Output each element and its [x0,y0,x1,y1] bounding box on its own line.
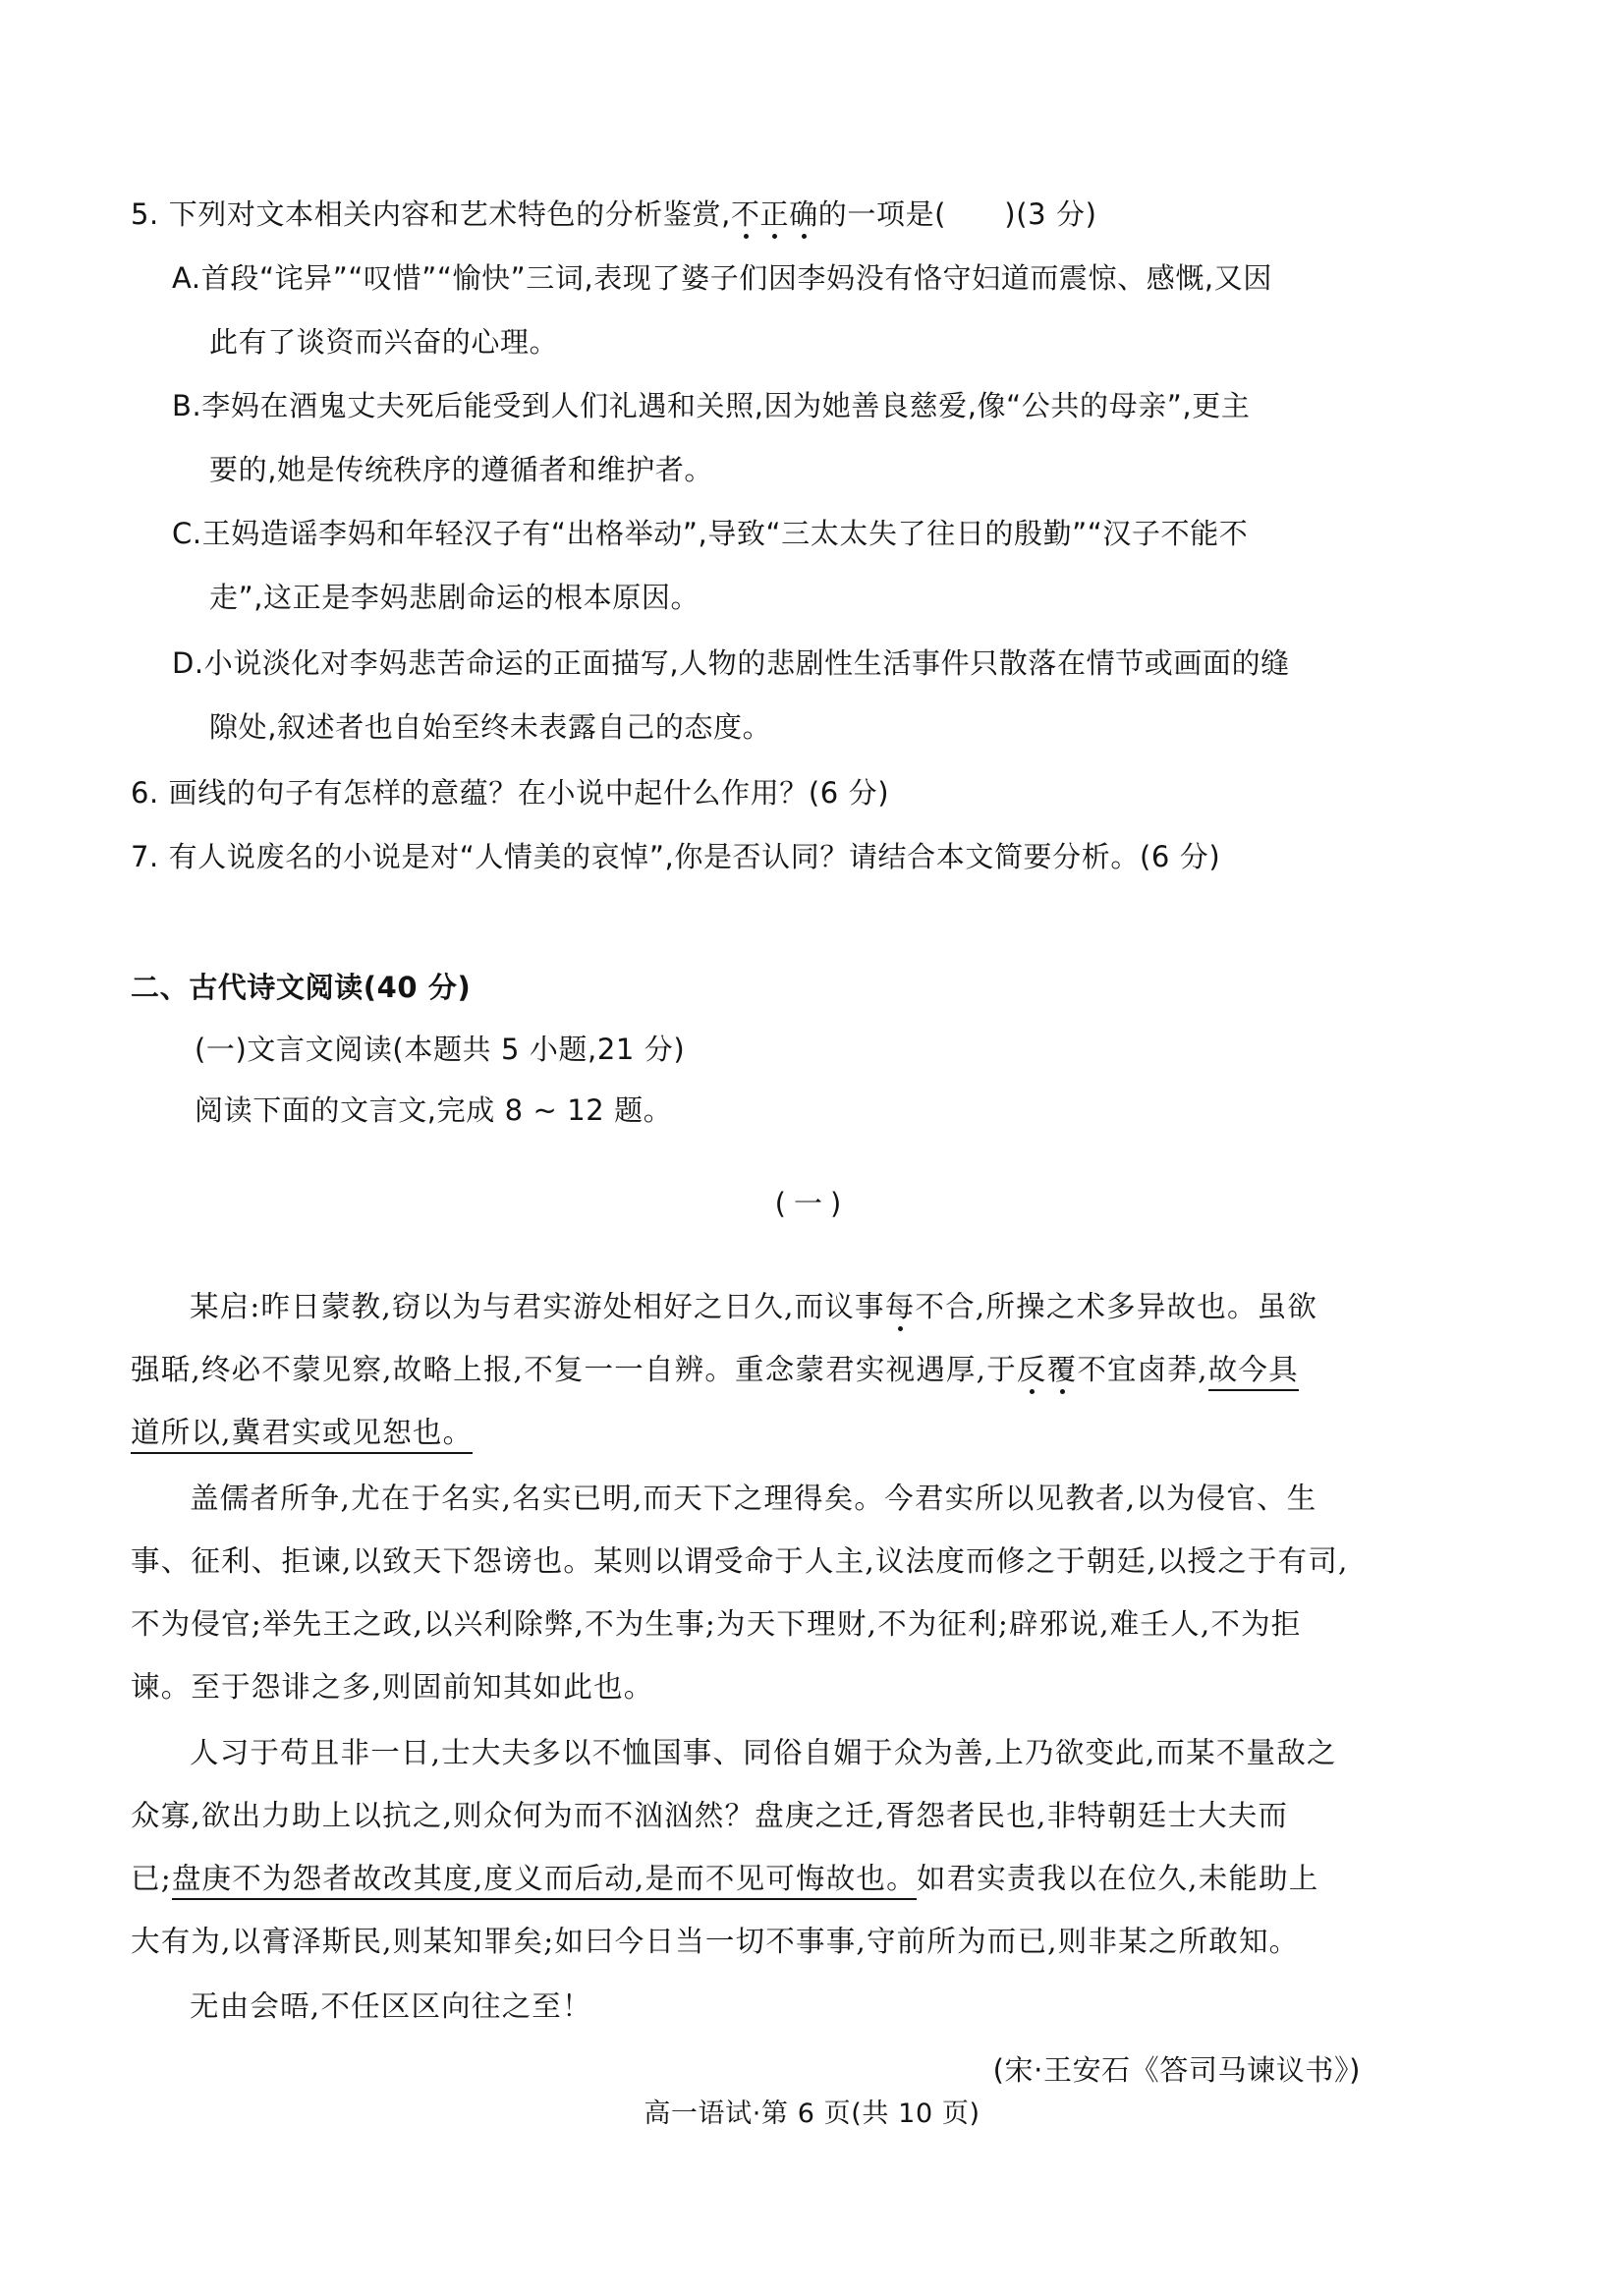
passage-p3-line2: 众寡,欲出力助上以抗之,则众何为而不汹汹然？盘庚之迁,胥怨者民也,非特朝廷士大夫… [131,1796,1288,1835]
emphasis-char: 每 [885,1290,916,1323]
passage-text: 不宜卤莽, [1077,1353,1207,1386]
passage-p2-line2: 事、征利、拒谏,以致天下怨谤也。某则以谓受命于人主,议法度而修之于朝廷,以授之于… [131,1541,1349,1581]
option-d: D.小说淡化对李妈悲苦命运的正面描写,人物的悲剧性生活事件只散落在情节或画面的缝 [172,644,1290,683]
passage-text: 某启:昨日蒙教,窃以为与君实游处相好之日久,而议事 [190,1290,885,1323]
passage-p4-line1: 无由会晤,不任区区向往之至！ [190,1987,592,2026]
question-5-stem: 5. 下列对文本相关内容和艺术特色的分析鉴赏,不正确的一项是( )(3 分) [131,195,1097,234]
section-heading: 二、古代诗文阅读(40 分) [131,968,471,1007]
passage-p2-line4: 谏。至于怨诽之多,则固前知其如此也。 [131,1667,653,1707]
option-text: 王妈造谣李妈和年轻汉子有“出格举动”,导致“三太太失了往日的殷勤”“汉子不能不 [202,517,1249,550]
option-text: 李妈在酒鬼丈夫死后能受到人们礼遇和关照,因为她善良慈爱,像“公共的母亲”,更主 [201,389,1250,422]
passage-p1-line2: 强聒,终必不蒙见察,故略上报,不复一一自辨。重念蒙君实视遇厚,于反覆不宜卤莽,故… [131,1350,1299,1389]
passage-p2-line3: 不为侵官;举先王之政,以兴利除弊,不为生事;为天下理财,不为征利;辟邪说,难壬人… [131,1604,1302,1644]
stem-text: 的一项是( )(3 分) [818,197,1097,231]
option-b: B.李妈在酒鬼丈夫死后能受到人们礼遇和关照,因为她善良慈爱,像“公共的母亲”,更… [172,386,1250,425]
option-text: 小说淡化对李妈悲苦命运的正面描写,人物的悲剧性生活事件只散落在情节或画面的缝 [204,646,1290,680]
passage-title: (一) [0,1184,1624,1223]
passage-p1-line1: 某启:昨日蒙教,窃以为与君实游处相好之日久,而议事每不合,所操之术多异故也。虽欲 [190,1287,1317,1326]
option-label: C. [172,517,202,550]
underlined-sentence: 道所以,冀君实或见恕也。 [131,1416,473,1454]
option-a-cont: 此有了谈资而兴奋的心理。 [209,322,558,362]
emphasis-char: 不 [731,197,760,231]
option-label: A. [172,261,201,295]
question-6: 6. 画线的句子有怎样的意蕴？在小说中起什么作用？(6 分) [131,773,889,812]
emphasis-char: 反 [1017,1353,1047,1386]
underlined-sentence: 盘庚不为怨者故改其度,度义而后动,是而不见可悔故也。 [172,1862,917,1900]
passage-text: 不合,所操之术多异故也。虽欲 [915,1290,1317,1323]
passage-p3-line3: 已;盘庚不为怨者故改其度,度义而后动,是而不见可悔故也。如君实责我以在位久,未能… [131,1859,1319,1898]
option-label: B. [172,389,201,422]
section-subheading: (一)文言文阅读(本题共 5 小题,21 分) [195,1030,685,1069]
underlined-sentence: 故今具 [1208,1353,1299,1391]
option-text: 首段“诧异”“叹惜”“愉快”三词,表现了婆子们因李妈没有恪守妇道而震惊、感慨,又… [201,261,1272,295]
page-footer: 高一语试·第 6 页(共 10 页) [0,2095,1624,2134]
passage-p3-line1: 人习于苟且非一日,士大夫多以不恤国事、同俗自媚于众为善,上乃欲变此,而某不量敌之 [190,1733,1337,1772]
option-c-cont: 走”,这正是李妈悲剧命运的根本原因。 [209,578,700,617]
section-instruction: 阅读下面的文言文,完成 8 ~ 12 题。 [195,1091,672,1130]
passage-p2-line1: 盖儒者所争,尤在于名实,名实已明,而天下之理得矣。今君实所以见教者,以为侵官、生 [190,1479,1317,1518]
emphasis-char: 覆 [1047,1353,1078,1386]
option-label: D. [172,646,204,680]
question-7: 7. 有人说废名的小说是对“人情美的哀悼”,你是否认同？请结合本文简要分析。(6… [131,837,1220,876]
option-c: C.王妈造谣李妈和年轻汉子有“出格举动”,导致“三太太失了往日的殷勤”“汉子不能… [172,514,1248,553]
passage-source: (宋·王安石《答司马谏议书》) [993,2050,1361,2090]
option-d-cont: 隙处,叙述者也自始至终未表露自己的态度。 [209,707,771,747]
option-a: A.首段“诧异”“叹惜”“愉快”三词,表现了婆子们因李妈没有恪守妇道而震惊、感慨… [172,258,1272,298]
stem-text: 下列对文本相关内容和艺术特色的分析鉴赏, [169,197,731,231]
passage-text: 如君实责我以在位久,未能助上 [917,1862,1319,1895]
emphasis-char: 正 [760,197,790,231]
passage-text: 已; [131,1862,172,1895]
question-number: 5. [131,197,159,231]
passage-p3-line4: 大有为,以膏泽斯民,则某知罪矣;如曰今日当一切不事事,守前所为而已,则非某之所敢… [131,1922,1299,1961]
passage-p1-line3: 道所以,冀君实或见恕也。 [131,1413,473,1452]
emphasis-char: 确 [789,197,818,231]
passage-text: 强聒,终必不蒙见察,故略上报,不复一一自辨。重念蒙君实视遇厚,于 [131,1353,1017,1386]
option-b-cont: 要的,她是传统秩序的遵循者和维护者。 [209,450,713,489]
